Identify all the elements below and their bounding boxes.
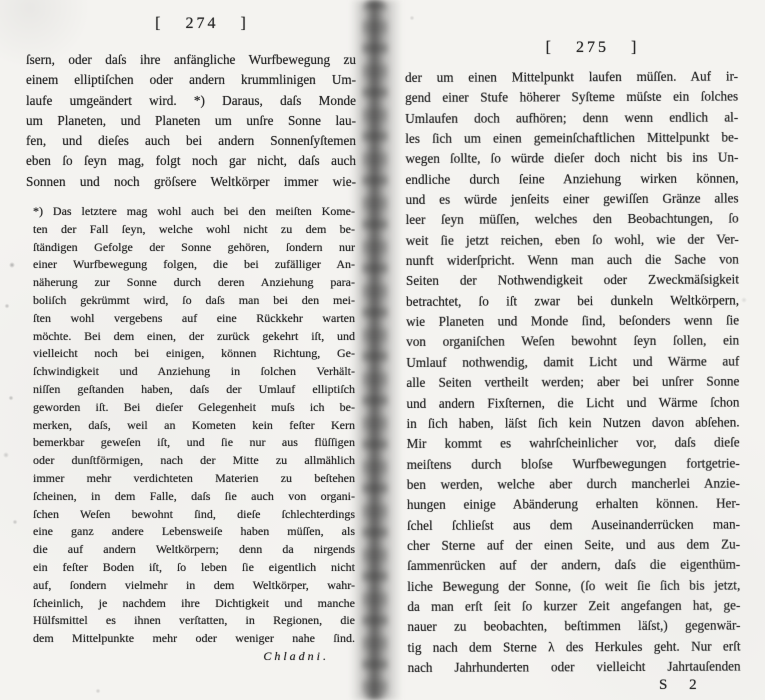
footnote-text-line: vielleicht noch bei einigen, können Rich… bbox=[33, 345, 355, 363]
footnote-text-line: Hülfsmittel es ihnen verſtatten, in Regi… bbox=[33, 612, 355, 630]
footnote-text-line: einer Wurfbewegung folgen, die bei zufäl… bbox=[33, 256, 355, 274]
printers-signature-mark: S 2 bbox=[659, 677, 706, 694]
body-text-line: les ſich um einen gemeinſchaftlichen Mit… bbox=[405, 128, 738, 150]
body-text-line: ben werden, welche aber durch mancherlei… bbox=[407, 473, 740, 495]
body-text-line: und es würde jenſeits einer gewiſſen Grä… bbox=[406, 189, 739, 211]
body-text-line: cher Sterne auf der einen Seite, und aus… bbox=[407, 534, 740, 556]
body-text-line: ſammenrücken auf der andern, daſs die ei… bbox=[407, 555, 740, 577]
body-text-line: von organiſchen Weſen bewohnt ſeyn ſolle… bbox=[406, 331, 739, 353]
body-text-line: nauer zu beobachten, beſtimmen läſst,) g… bbox=[407, 616, 740, 638]
body-text-line: endliche durch ſeine Anziehung wirken kö… bbox=[405, 168, 738, 190]
body-text-line: Mir kommt es wahrſcheinlicher vor, daſs … bbox=[407, 433, 740, 455]
footnote-lines: *) Das letztere mag wohl auch bei den me… bbox=[33, 203, 355, 648]
page-number-274: [ 274 ] bbox=[0, 15, 358, 33]
body-text-line: alle Seiten vertheilt werden; aber bei u… bbox=[406, 372, 739, 394]
body-text-line: Umlauf nothwendig, damit Licht und Wärme… bbox=[406, 351, 739, 373]
footnote-text-line: oder dunſtförmigen, nach der Mitte zu al… bbox=[33, 452, 355, 470]
body-text-line: nunft widerſpricht. Wenn man auch die Sa… bbox=[406, 250, 739, 272]
body-text-line: wegen ſollte, ſo würde dieſer doch nicht… bbox=[405, 148, 738, 170]
footnote-text-line: ſtändigen Gefolge der Sonne gehören, ſon… bbox=[33, 239, 355, 257]
page-number-275: [ 275 ] bbox=[404, 39, 765, 57]
body-text-line: ſsern, oder daſs ihre anfängliche Wurfbe… bbox=[26, 50, 356, 70]
footnote-text-line: eine ganz andere Lebensweiſe haben müſſe… bbox=[33, 523, 355, 541]
footnote-attribution: Chladni. bbox=[33, 648, 355, 666]
body-text-line: hungen einige Abänderung erhalten können… bbox=[407, 494, 740, 516]
footnote-text-line: ten der Fall ſeyn, welche wohl nicht zu … bbox=[33, 221, 355, 239]
footnote-text-line: niſſen geſtanden haben, daſs der Umlauf … bbox=[33, 381, 355, 399]
body-text-line: leer ſeyn müſſen, welches den Beobachtun… bbox=[406, 209, 739, 231]
body-text-line: in ſich haben, läſst ſich kein Nutzen da… bbox=[407, 412, 740, 434]
body-text-line: Umlaufen doch aufhören; denn wenn endlic… bbox=[405, 107, 738, 129]
main-text-block-274: ſsern, oder daſs ihre anfängliche Wurfbe… bbox=[26, 50, 356, 192]
footnote-text-line: auf, ſondern vielmehr in dem Weltkörper,… bbox=[33, 577, 355, 595]
body-text-line: fen, und dieſes auch bei andern Sonnenſy… bbox=[26, 131, 356, 151]
body-text-line: um Planeten, und Planeten um unſre Sonne… bbox=[26, 111, 356, 131]
footnote-text-line: *) Das letztere mag wohl auch bei den me… bbox=[33, 203, 355, 221]
main-text-block-275: der um einen Mittelpunkt laufen müſſen. … bbox=[405, 67, 741, 679]
body-text-line: meiſtens durch bloſse Wurfbewegungen for… bbox=[407, 453, 740, 475]
body-text-line: ſchel ſchlieſst aus dem Auseinanderrücke… bbox=[407, 514, 740, 536]
footnote-text-line: möchte. Bei dem einen, der zurück gekehr… bbox=[33, 328, 355, 346]
body-text-line: Seiten der Nothwendigkeit oder Zweckmäſs… bbox=[406, 270, 739, 292]
page-274: [ 274 ] ſsern, oder daſs ihre anfänglich… bbox=[0, 0, 358, 700]
book-scan: { "palette": { "paper": "#f4f3f0", "ink"… bbox=[0, 0, 765, 700]
body-text-line: der um einen Mittelpunkt laufen müſſen. … bbox=[405, 67, 738, 89]
footnote-text-line: näherung zur Sonne durch deren Anziehung… bbox=[33, 274, 355, 292]
body-text-line: eben ſo ſeyn mag, folgt noch gar nicht, … bbox=[26, 151, 356, 171]
footnote-text-line: ſten wohl vergebens auf eine Rückkehr wa… bbox=[33, 310, 355, 328]
body-text-line: weit ſie jetzt reichen, eben ſo wohl, wi… bbox=[406, 229, 739, 251]
page-275: [ 275 ] der um einen Mittelpunkt laufen … bbox=[404, 0, 765, 700]
footnote-text-line: bemerkbar geweſen iſt, und ſie nur aus f… bbox=[33, 434, 355, 452]
body-text-line: Sonnen und noch gröſsere Weltkörper imme… bbox=[26, 172, 356, 192]
body-text-line: tig nach dem Sterne λ des Herkules geht.… bbox=[407, 636, 740, 658]
footnote-text-line: geworden iſt. Bei dieſer Gelegenheit muſ… bbox=[33, 399, 355, 417]
footnote-text-line: immer mehr verdichteten Materien zu beſt… bbox=[33, 470, 355, 488]
body-text-line: einem elliptiſchen oder andern krummlini… bbox=[26, 70, 356, 90]
footnote-text-line: dem Mittelpunkte mehr oder weniger nahe … bbox=[33, 630, 355, 648]
footnote-text-line: die auf andern Weltkörpern; denn da nirg… bbox=[33, 541, 355, 559]
body-text-line: und andern Fixſternen, die Licht und Wär… bbox=[406, 392, 739, 414]
footnote-block: *) Das letztere mag wohl auch bei den me… bbox=[33, 203, 355, 666]
footnote-text-line: ein feſter Boden iſt, ſo leben ſie eigen… bbox=[33, 559, 355, 577]
body-text-line: nach Jahrhunderten oder vielleicht Jahrt… bbox=[408, 657, 741, 679]
footnote-text-line: ſcheinen, in dem Falle, daſs ſie auch vo… bbox=[33, 488, 355, 506]
footnote-text-line: ſchen Weſen bewohnt ſind, dieſe ſchlecht… bbox=[33, 506, 355, 524]
body-text-line: liche Bewegung der Sonne, (ſo weit ſie ſ… bbox=[407, 575, 740, 597]
body-text-line: wie Planeten und Monde ſind, beſonders w… bbox=[406, 311, 739, 333]
footnote-text-line: ſcheinlich, je nachdem ihre Dichtigkeit … bbox=[33, 595, 355, 613]
footnote-text-line: merken, daſs, weil an Kometen kein feſte… bbox=[33, 417, 355, 435]
body-text-line: betrachtet, ſo iſt zwar bei dunkeln Welt… bbox=[406, 290, 739, 312]
body-text-line: da man erſt ſeit ſo kurzer Zeit angefang… bbox=[407, 595, 740, 617]
body-text-line: gend einer Stufe höherer Syſteme müſste … bbox=[405, 87, 738, 109]
body-text-line: laufe umgeändert wird. *) Daraus, daſs M… bbox=[26, 91, 356, 111]
footnote-text-line: boliſch gekrümmt wird, ſo daſs man bei d… bbox=[33, 292, 355, 310]
footnote-text-line: ſchwindigkeit und Anziehung in ſolchen V… bbox=[33, 363, 355, 381]
